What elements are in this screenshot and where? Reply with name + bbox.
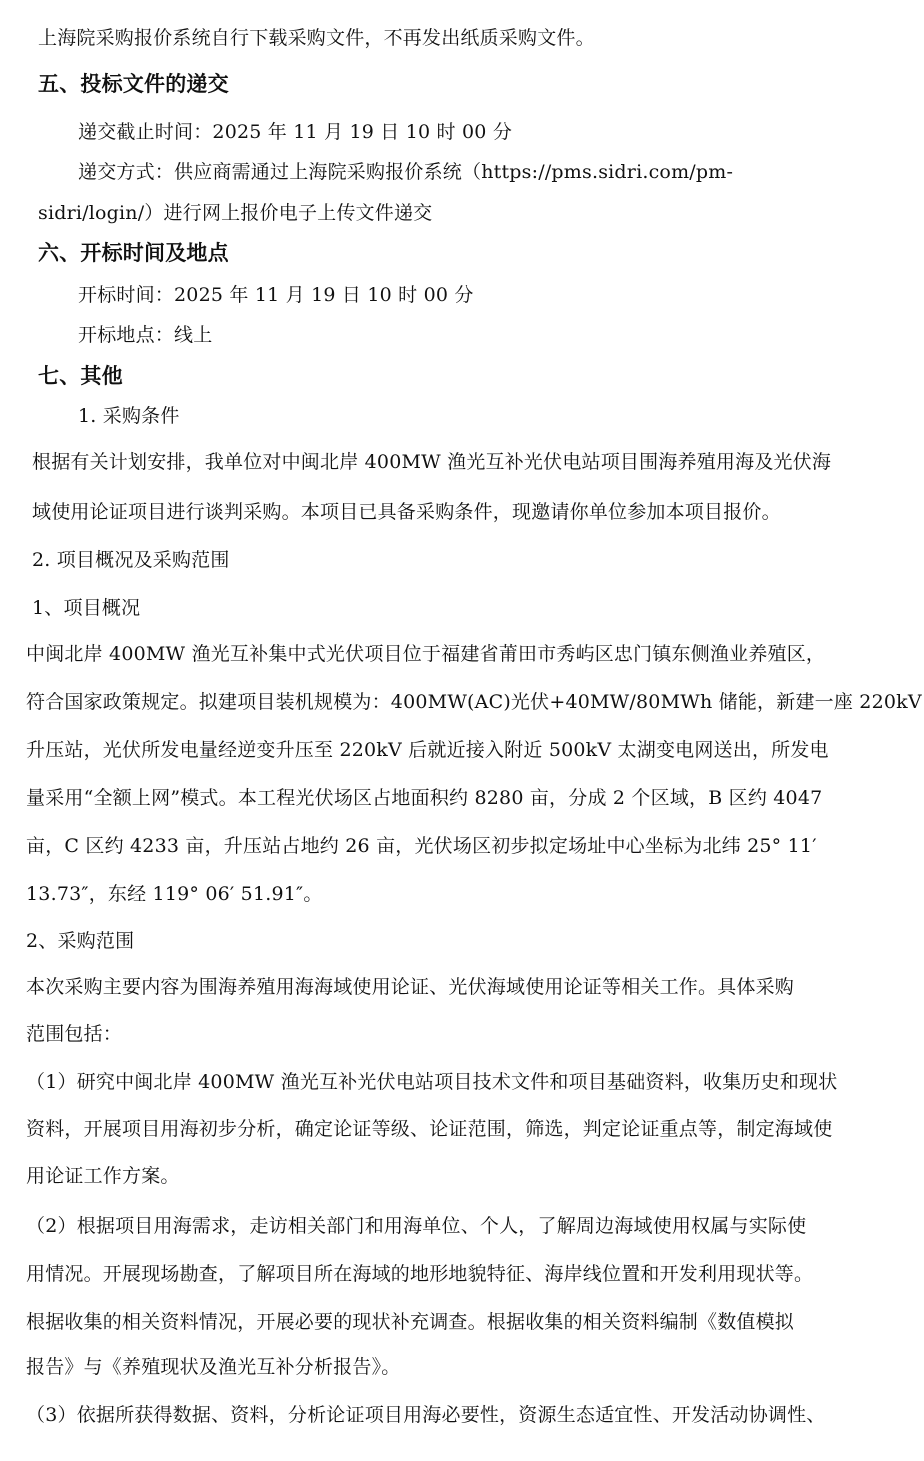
subsection-heading: 1、项目概况	[32, 596, 140, 620]
subsection-heading: 2、采购范围	[26, 929, 134, 953]
submission-method-line: 递交方式：供应商需通过上海院采购报价系统（https://pms.sidri.c…	[78, 160, 733, 184]
subsection-heading: 1. 采购条件	[78, 404, 180, 428]
paragraph-line: 量采用“全额上网”模式。本工程光伏场区占地面积约 8280 亩，分成 2 个区域…	[26, 786, 822, 810]
paragraph-line: 亩，C 区约 4233 亩，升压站占地约 26 亩，光伏场区初步拟定场址中心坐标…	[26, 834, 817, 858]
subsection-heading: 2. 项目概况及采购范围	[32, 548, 230, 572]
paragraph-line: 13.73″，东经 119° 06′ 51.91″。	[26, 882, 323, 906]
section-heading: 七、其他	[38, 362, 123, 390]
submission-method-line: sidri/login/）进行网上报价电子上传文件递交	[38, 201, 432, 225]
list-item-line: （1）研究中闽北岸 400MW 渔光互补光伏电站项目技术文件和项目基础资料，收集…	[26, 1070, 837, 1094]
paragraph-line: 上海院采购报价系统自行下载采购文件，不再发出纸质采购文件。	[38, 26, 595, 50]
opening-time-line: 开标时间：2025 年 11 月 19 日 10 时 00 分	[78, 283, 474, 307]
list-item-line: 资料，开展项目用海初步分析，确定论证等级、论证范围，筛选，判定论证重点等，制定海…	[26, 1117, 832, 1141]
paragraph-line: 中闽北岸 400MW 渔光互补集中式光伏项目位于福建省莆田市秀屿区忠门镇东侧渔业…	[26, 642, 825, 666]
list-item-line: 用论证工作方案。	[26, 1164, 180, 1188]
list-item-line: 报告》与《养殖现状及渔光互补分析报告》。	[26, 1355, 401, 1379]
submission-deadline-line: 递交截止时间：2025 年 11 月 19 日 10 时 00 分	[78, 120, 512, 144]
paragraph-line: 根据有关计划安排，我单位对中闽北岸 400MW 渔光互补光伏电站项目围海养殖用海…	[32, 450, 831, 474]
paragraph-line: 符合国家政策规定。拟建项目装机规模为：400MW(AC)光伏+40MW/80MW…	[26, 690, 922, 714]
list-item-line: 用情况。开展现场勘查，了解项目所在海域的地形地貌特征、海岸线位置和开发利用现状等…	[26, 1262, 813, 1286]
opening-location-line: 开标地点：线上	[78, 323, 212, 347]
list-item-line: （2）根据项目用海需求，走访相关部门和用海单位、个人，了解周边海域使用权属与实际…	[26, 1214, 806, 1238]
list-item-line: （3）依据所获得数据、资料，分析论证项目用海必要性，资源生态适宜性、开发活动协调…	[26, 1403, 826, 1427]
paragraph-line: 本次采购主要内容为围海养殖用海海域使用论证、光伏海域使用论证等相关工作。具体采购	[26, 975, 794, 999]
paragraph-line: 范围包括：	[26, 1022, 122, 1046]
paragraph-line: 域使用论证项目进行谈判采购。本项目已具备采购条件，现邀请你单位参加本项目报价。	[32, 500, 781, 524]
section-heading: 六、开标时间及地点	[38, 239, 229, 267]
paragraph-line: 升压站，光伏所发电量经逆变升压至 220kV 后就近接入附近 500kV 太湖变…	[26, 738, 829, 762]
list-item-line: 根据收集的相关资料情况，开展必要的现状补充调查。根据收集的相关资料编制《数值模拟	[26, 1310, 794, 1334]
section-heading: 五、投标文件的递交	[38, 70, 229, 98]
